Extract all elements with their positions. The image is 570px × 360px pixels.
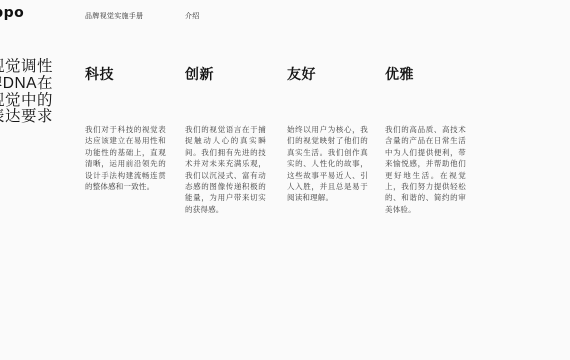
column-body-friendly: 始终以用户为核心，我们的视觉映射了他们的真实生活。我们创作真实的、人性化的故事，… [287,124,368,204]
column-body-elegant: 我们的高品质、高技术含量的产品在日常生活中为人们提供便利，带来愉悦感，并帮助他们… [385,124,466,215]
value-column-technology: 科技 我们对于科技的视觉表达应该建立在易用性和功能性的基础上，直观清晰，运用前沿… [85,66,171,192]
value-column-friendly: 友好 始终以用户为核心，我们的视觉映射了他们的真实生活。我们创作真实的、人性化的… [287,66,373,204]
column-title-friendly: 友好 [287,66,373,82]
page-title-line-3: 视觉中的 [0,93,53,110]
column-title-technology: 科技 [85,66,171,82]
oppo-logo[interactable]: oppo [0,5,24,21]
top-navigation-bar: oppo 品牌视觉实施手册 介绍 [0,0,570,30]
page-title: 视觉调性 品牌DNA在 视觉中的 表达要求 [0,59,53,126]
page-title-line-2: 品牌DNA在 [0,76,53,93]
column-body-innovation: 我们的视觉语言在于捕捉触动人心的真实瞬间。我们拥有先进的技术并对未来充满乐观，我… [185,124,266,215]
page-title-line-4: 表达要求 [0,109,53,126]
value-column-elegant: 优雅 我们的高品质、高技术含量的产品在日常生活中为人们提供便利，带来愉悦感，并帮… [385,66,471,215]
column-title-elegant: 优雅 [385,66,471,82]
nav-item-intro[interactable]: 介绍 [185,12,200,21]
page-title-line-1: 视觉调性 [0,59,53,76]
column-body-technology: 我们对于科技的视觉表达应该建立在易用性和功能性的基础上，直观清晰，运用前沿领先的… [85,124,166,192]
value-column-innovation: 创新 我们的视觉语言在于捕捉触动人心的真实瞬间。我们拥有先进的技术并对未来充满乐… [185,66,271,215]
nav-item-handbook[interactable]: 品牌视觉实施手册 [85,12,143,21]
column-title-innovation: 创新 [185,66,271,82]
